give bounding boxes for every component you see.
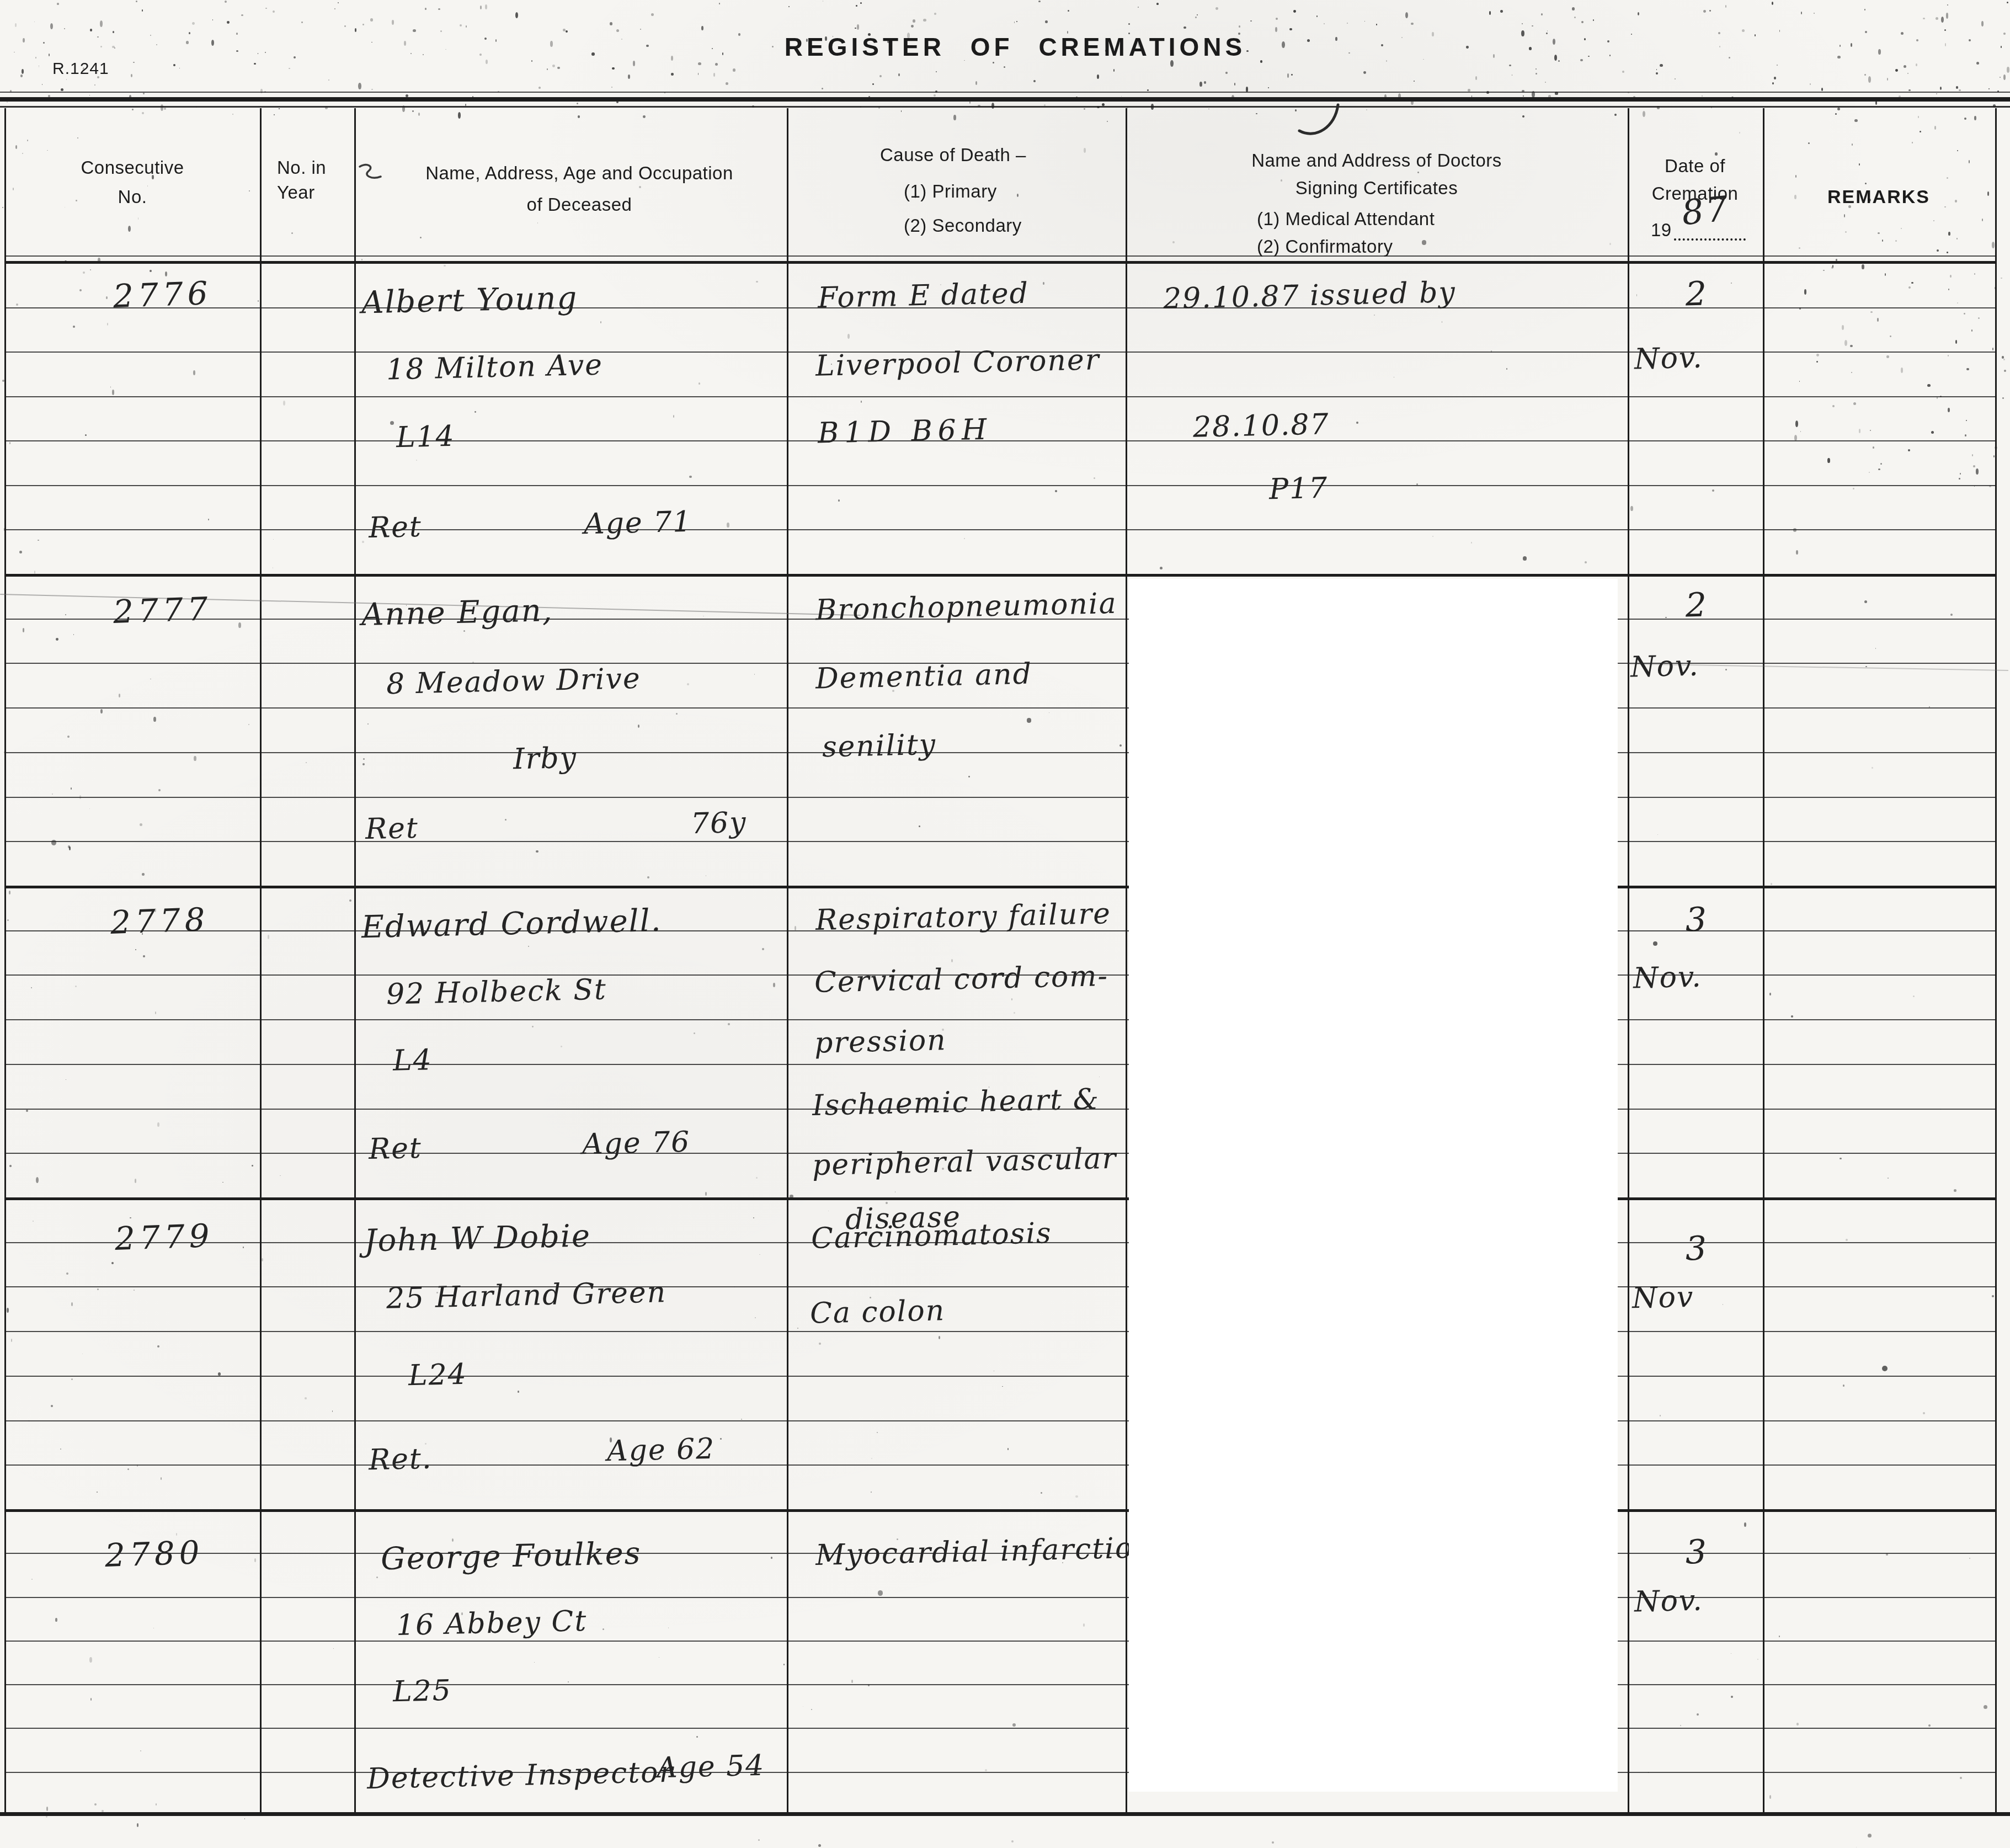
scan-speckle (879, 75, 882, 77)
scan-speckle (1945, 43, 1947, 46)
scan-speckle (83, 67, 84, 71)
scan-speckle (142, 112, 145, 115)
entry-cause: senility (822, 728, 936, 764)
column-divider (1628, 108, 1629, 1815)
scan-speckle (759, 1254, 760, 1255)
scan-speckle (1950, 614, 1953, 616)
scan-speckle (1964, 313, 1965, 315)
scan-speckle (39, 66, 40, 67)
page-title: REGISTER OF CREMATIONS (785, 32, 1246, 62)
scan-speckle (1607, 40, 1609, 42)
scan-speckle (156, 1803, 157, 1806)
entry-age: Age 76 (582, 1126, 691, 1161)
scan-speckle (1864, 74, 1866, 76)
scan-speckle (1027, 718, 1031, 722)
scan-speckle (279, 108, 280, 109)
scan-speckle (1282, 41, 1284, 48)
scan-speckle (838, 499, 840, 502)
scan-speckle (1719, 46, 1721, 47)
scan-speckle (1814, 13, 1815, 14)
entry-address: L25 (392, 1674, 452, 1708)
col-header-date-1: Date of (1665, 156, 1725, 177)
scan-speckle (719, 3, 720, 5)
scan-speckle (157, 1122, 159, 1127)
scan-speckle (90, 29, 93, 31)
scan-speckle (1107, 121, 1108, 122)
entry-cause: Ca colon (809, 1294, 945, 1330)
scan-speckle (1944, 29, 1946, 31)
scan-speckle (1234, 83, 1235, 86)
scan-speckle (1558, 60, 1560, 62)
scan-speckle (1075, 1495, 1078, 1498)
scan-speckle (911, 25, 914, 28)
scan-speckle (107, 323, 108, 325)
scan-speckle (1755, 34, 1756, 36)
scan-speckle (1916, 39, 1918, 41)
scan-speckle (1923, 18, 1925, 20)
scan-speckle (1840, 45, 1841, 47)
scan-speckle (936, 71, 937, 72)
col-header-doctors-4: (2) Confirmatory (1257, 236, 1393, 257)
column-divider (260, 108, 262, 1815)
scan-speckle (1609, 243, 1611, 244)
scan-speckle (673, 415, 674, 418)
entry-cause: Bronchopneumonia (815, 587, 1117, 627)
scan-speckle (140, 1750, 141, 1751)
scan-speckle (1466, 46, 1468, 48)
scan-speckle (913, 19, 915, 22)
scan-speckle (232, 114, 233, 115)
scan-speckle (860, 2, 862, 4)
scan-speckle (651, 13, 654, 16)
scan-speckle (390, 421, 394, 425)
scan-speckle (150, 679, 151, 679)
scan-speckle (1960, 1777, 1962, 1779)
scan-speckle (1769, 993, 1771, 996)
scan-speckle (1846, 1239, 1848, 1241)
scan-speckle (1850, 345, 1853, 348)
scan-speckle (640, 29, 641, 30)
scan-speckle (1475, 76, 1477, 80)
scan-speckle (1976, 62, 1979, 65)
scan-speckle (89, 808, 90, 810)
entry-cremation-day: 3 (1671, 1532, 1722, 1572)
scan-speckle (515, 12, 518, 18)
scan-speckle (1197, 14, 1198, 15)
scan-speckle (71, 787, 72, 790)
scan-speckle (479, 54, 481, 55)
scan-speckle (819, 1343, 821, 1345)
scan-speckle (1810, 83, 1811, 85)
entry-name: Anne Egan, (361, 593, 553, 633)
scan-speckle (1853, 402, 1856, 405)
scan-speckle (783, 1664, 785, 1665)
scan-speckle (358, 83, 361, 89)
scan-speckle (137, 1823, 138, 1827)
scan-speckle (332, 1410, 333, 1412)
scan-speckle (1521, 30, 1524, 36)
scan-speckle (676, 713, 678, 715)
scan-speckle (1580, 59, 1583, 62)
scan-speckle (1715, 152, 1718, 156)
scan-speckle (1955, 200, 1958, 203)
scan-speckle (1928, 1724, 1931, 1727)
scan-speckle (1882, 239, 1883, 242)
ruled-line (4, 1286, 1995, 1287)
col-header-doctors-3: (1) Medical Attendant (1257, 209, 1435, 230)
scan-speckle (42, 84, 42, 84)
scan-speckle (975, 81, 977, 85)
scan-speckle (1011, 1840, 1014, 1842)
scan-speckle (728, 1023, 729, 1025)
scan-speckle (1585, 561, 1587, 563)
scan-speckle (726, 82, 728, 85)
scan-speckle (75, 986, 77, 987)
scan-speckle (1643, 111, 1645, 117)
scan-speckle (268, 935, 270, 939)
scan-speckle (855, 28, 856, 29)
scan-speckle (1895, 240, 1897, 242)
scan-speckle (100, 709, 103, 713)
scan-speckle (1808, 142, 1810, 145)
scan-speckle (1083, 1623, 1085, 1627)
scan-speckle (94, 84, 95, 86)
scan-speckle (1969, 39, 1971, 41)
scan-speckle (1779, 1636, 1779, 1637)
scan-speckle (128, 226, 131, 232)
scan-speckle (671, 73, 674, 76)
scan-speckle (90, 1698, 92, 1701)
scan-speckle (265, 52, 266, 53)
scan-speckle (647, 876, 649, 878)
scan-speckle (550, 41, 553, 47)
ruled-line (4, 261, 1995, 264)
scan-speckle (460, 24, 462, 26)
scan-speckle (208, 519, 209, 520)
scan-speckle (127, 1468, 129, 1470)
scan-speckle (1901, 32, 1904, 35)
scan-speckle (1276, 18, 1278, 20)
scan-speckle (1156, 3, 1159, 5)
scan-speckle (413, 29, 415, 32)
ruled-line (0, 106, 2010, 108)
scan-speckle (1959, 478, 1960, 480)
scan-speckle (878, 1590, 883, 1596)
scan-speckle (646, 45, 648, 47)
scan-speckle (898, 73, 899, 76)
scan-speckle (1978, 317, 1980, 319)
scan-speckle (49, 54, 50, 56)
scan-speckle (964, 538, 965, 539)
scan-speckle (71, 1302, 73, 1307)
scan-speckle (1859, 163, 1860, 166)
scan-speckle (156, 44, 157, 45)
scan-speckle (1843, 1384, 1844, 1386)
scan-speckle (1725, 5, 1726, 8)
scan-speckle (877, 1432, 878, 1433)
entry-name: John W Dobie (364, 1218, 591, 1259)
scan-speckle (2, 207, 3, 208)
scan-speckle (1584, 38, 1586, 40)
scan-speckle (1500, 10, 1503, 13)
scan-speckle (1147, 89, 1149, 91)
scan-speckle (696, 1736, 698, 1738)
scan-speckle (557, 67, 560, 70)
scan-speckle (1947, 177, 1948, 179)
scan-speckle (1888, 1178, 1889, 1179)
date-year-handwritten: 87 (1680, 188, 1731, 233)
scan-speckle (495, 39, 497, 41)
scan-speckle (1703, 10, 1706, 13)
scan-speckle (1097, 74, 1099, 79)
scan-speckle (66, 79, 67, 80)
scan-speckle (823, 1, 824, 2)
scan-speckle (1609, 55, 1611, 56)
scan-speckle (1493, 54, 1495, 58)
ruled-line (4, 1728, 1995, 1729)
scan-speckle (189, 32, 190, 34)
scan-speckle (26, 1110, 28, 1112)
scan-speckle (643, 115, 646, 118)
scan-speckle (193, 370, 195, 375)
scan-speckle (934, 94, 936, 97)
scan-speckle (1948, 232, 1950, 236)
scan-speckle (486, 60, 488, 64)
scan-speckle (194, 756, 196, 761)
entry-cremation-month: Nov. (1633, 961, 1702, 995)
scan-speckle (1937, 249, 1939, 252)
entry-name: Albert Young (361, 280, 578, 321)
scan-speckle (698, 62, 701, 65)
scan-speckle (1816, 361, 1818, 363)
scan-speckle (1842, 325, 1844, 330)
scan-speckle (871, 1492, 872, 1493)
scan-speckle (694, 1032, 696, 1035)
scan-speckle (38, 540, 39, 541)
scan-speckle (531, 60, 532, 62)
scan-speckle (1823, 270, 1825, 271)
scan-speckle (1777, 65, 1778, 66)
scan-speckle (1870, 430, 1871, 431)
scan-speckle (1348, 52, 1350, 54)
scan-speckle (1394, 377, 1394, 377)
scan-speckle (771, 1557, 772, 1558)
scan-speckle (1250, 20, 1252, 22)
scan-speckle (772, 46, 774, 47)
scan-speckle (1038, 1, 1041, 3)
scan-speckle (756, 281, 758, 283)
scan-speckle (1969, 1558, 1970, 1559)
scan-speckle (1772, 2, 1773, 5)
scan-speckle (953, 115, 956, 120)
scan-speckle (1774, 77, 1777, 79)
scan-speckle (244, 1818, 245, 1819)
scan-speckle (1901, 228, 1902, 229)
entry-address: 92 Holbeck St (386, 973, 607, 1011)
scan-speckle (1512, 74, 1513, 76)
scan-speckle (39, 67, 39, 67)
ruled-line (4, 1641, 1995, 1642)
scan-speckle (1948, 289, 1949, 290)
scan-speckle (797, 1328, 798, 1328)
scan-speckle (15, 23, 17, 27)
scan-speckle (1816, 354, 1819, 356)
scan-speckle (923, 19, 926, 22)
scan-speckle (142, 9, 143, 12)
scan-speckle (2003, 33, 2006, 35)
scan-speckle (1865, 183, 1867, 184)
scan-speckle (363, 758, 365, 760)
entry-doctors: 29.10.87 issued by (1163, 276, 1456, 316)
scan-speckle (243, 1247, 244, 1248)
scan-speckle (480, 6, 482, 9)
scan-speckle (1099, 1077, 1100, 1077)
scan-speckle (1553, 39, 1555, 45)
scan-speckle (1854, 119, 1858, 123)
scan-speckle (1976, 468, 1979, 475)
scan-speckle (97, 1492, 98, 1493)
scan-speckle (2001, 46, 2002, 48)
entry-consecutive-no: 2777 (113, 590, 213, 631)
scan-speckle (1432, 32, 1433, 36)
scan-speckle (1523, 556, 1527, 561)
col-header-deceased-1: Name, Address, Age and Occupation (425, 163, 733, 184)
pen-mark-tick (358, 161, 383, 183)
col-header-cause-1: Cause of Death – (880, 145, 1026, 166)
scan-speckle (687, 683, 689, 685)
ruled-line (4, 707, 1995, 709)
column-divider (1763, 108, 1764, 1815)
scan-speckle (611, 87, 612, 88)
scan-speckle (97, 1288, 99, 1290)
scan-speckle (291, 232, 293, 234)
entry-cause: Cervical cord com- (814, 960, 1108, 999)
scan-speckle (1731, 1653, 1731, 1654)
scan-speckle (20, 74, 23, 77)
scan-speckle (135, 1179, 137, 1183)
scan-speckle (985, 1769, 987, 1771)
scan-speckle (1947, 252, 1948, 253)
entry-cause: Dementia and (815, 658, 1032, 696)
scan-speckle (1631, 34, 1632, 35)
scan-speckle (173, 64, 176, 67)
scan-speckle (1665, 617, 1666, 618)
ruled-line (4, 752, 1995, 753)
scan-speckle (23, 628, 25, 632)
scan-speckle (14, 52, 15, 53)
scan-speckle (2007, 2, 2008, 3)
scan-speckle (659, 1657, 659, 1658)
scan-speckle (1246, 50, 1249, 52)
scan-speckle (1347, 23, 1348, 24)
scan-speckle (1904, 65, 1906, 68)
scan-speckle (34, 22, 35, 22)
scan-speckle (1307, 39, 1310, 42)
scan-speckle (371, 42, 372, 43)
scan-speckle (289, 68, 290, 70)
entry-address: 8 Meadow Drive (386, 662, 641, 701)
scan-speckle (9, 442, 10, 444)
ruled-line (4, 1509, 1995, 1512)
scan-speckle (1119, 744, 1122, 747)
scan-speckle (7, 102, 8, 103)
scan-speckle (857, 24, 860, 30)
entry-consecutive-no: 2780 (104, 1533, 205, 1574)
scan-speckle (283, 401, 285, 406)
scan-speckle (1984, 1705, 1987, 1709)
ruled-line (4, 1331, 1995, 1332)
entry-address: L14 (396, 420, 455, 454)
col-header-cause-2: (1) Primary (904, 181, 997, 202)
scan-speckle (1381, 44, 1383, 46)
scan-speckle (861, 401, 862, 403)
scan-speckle (1848, 205, 1851, 208)
scan-speckle (1878, 468, 1880, 471)
scan-speckle (31, 987, 33, 989)
scan-speckle (1016, 21, 1017, 22)
scan-speckle (1275, 27, 1277, 32)
scan-speckle (362, 541, 364, 543)
scan-speckle (1864, 600, 1868, 604)
scan-speckle (762, 948, 764, 950)
scan-speckle (1744, 1522, 1746, 1527)
column-divider (787, 108, 788, 1815)
scan-speckle (294, 56, 296, 58)
scan-speckle (338, 2, 339, 3)
entry-doctors: P17 (1268, 472, 1328, 506)
scan-speckle (1522, 115, 1524, 118)
scan-speckle (1973, 465, 1975, 467)
scan-speckle (1992, 242, 1995, 248)
scan-speckle (1907, 73, 1908, 74)
scan-speckle (1622, 71, 1624, 73)
entry-cremation-month: Nov. (1634, 342, 1703, 376)
ruled-line (4, 1019, 1995, 1020)
scan-speckle (254, 63, 256, 65)
scan-speckle (518, 1391, 520, 1393)
scan-speckle (741, 1419, 742, 1420)
entry-name: Edward Cordwell. (361, 903, 662, 945)
ruled-line (4, 529, 1995, 530)
scan-speckle (1509, 65, 1511, 67)
register-of-cremations-scan: R.1241 REGISTER OF CREMATIONS Consecutiv… (0, 0, 2010, 1848)
scan-speckle (1055, 490, 1057, 492)
scan-speckle (1324, 23, 1325, 24)
scan-speckle (671, 56, 673, 61)
scan-speckle (1506, 368, 1508, 370)
scan-speckle (1239, 25, 1240, 27)
scan-speckle (27, 140, 28, 141)
scan-speckle (1041, 1492, 1042, 1494)
scan-speckle (66, 1272, 68, 1275)
scan-speckle (537, 222, 539, 223)
scan-speckle (425, 8, 426, 9)
scan-speckle (130, 1217, 131, 1219)
scan-speckle (1865, 31, 1867, 33)
scan-speckle (1680, 1725, 1681, 1726)
entry-cremation-day: 2 (1671, 585, 1722, 625)
entry-occupation: Ret (368, 1132, 422, 1166)
scan-speckle (591, 52, 594, 55)
scan-speckle (212, 19, 214, 20)
scan-speckle (1281, 179, 1282, 181)
scan-speckle (73, 326, 75, 328)
date-year-prefix: 19 (1651, 220, 1672, 241)
pen-mark-swoosh (1286, 102, 1346, 141)
entry-consecutive-no: 2779 (114, 1217, 215, 1258)
scan-speckle (1411, 23, 1414, 25)
scan-speckle (238, 622, 241, 628)
